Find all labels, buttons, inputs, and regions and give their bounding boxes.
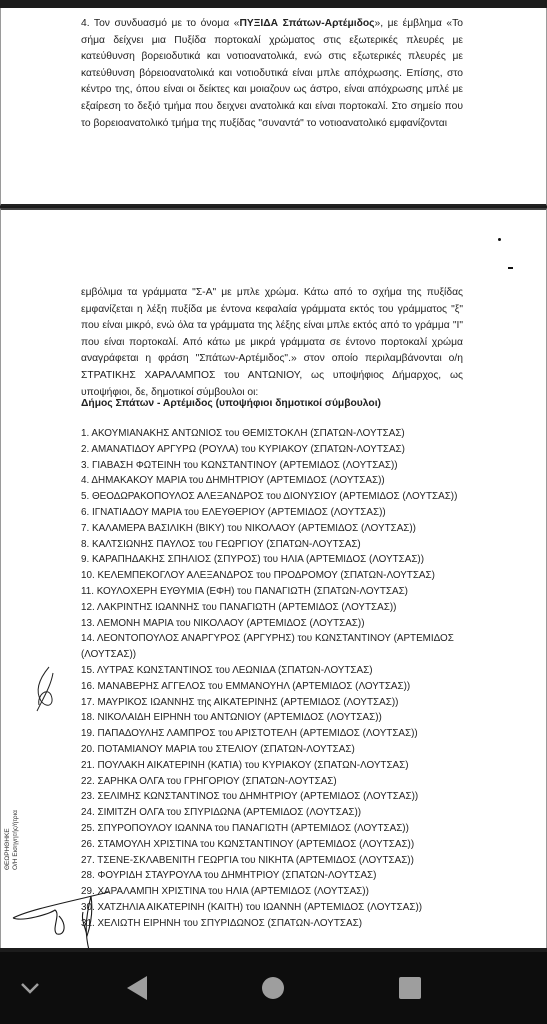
candidate-item: 10. ΚΕΛΕΜΠΕΚΟΓΛΟΥ ΑΛΕΞΑΝΔΡΟΣ του ΠΡΟΔΡΟΜ… xyxy=(81,568,471,584)
candidate-item: 15. ΛΥΤΡΑΣ ΚΩΝΣΤΑΝΤΙΝΟΣ του ΛΕΩΝΙΔΑ (ΣΠΑ… xyxy=(81,663,471,679)
candidate-list: 1. ΑΚΟΥΜΙΑΝΑΚΗΣ ΑΝΤΩΝΙΟΣ του ΘΕΜΙΣΤΟΚΛΗ … xyxy=(81,426,471,932)
candidate-item: 25. ΣΠΥΡΟΠΟΥΛΟΥ ΙΩΑΝΝΑ του ΠΑΝΑΓΙΩΤΗ (ΑΡ… xyxy=(81,821,471,837)
paragraph-rest: », με έμβλημα «Το σήμα δείχνει μια Πυξίδ… xyxy=(81,18,463,129)
candidate-item: 1. ΑΚΟΥΜΙΑΝΑΚΗΣ ΑΝΤΩΝΙΟΣ του ΘΕΜΙΣΤΟΚΛΗ … xyxy=(81,426,471,442)
recent-apps-button[interactable] xyxy=(385,952,435,1024)
candidate-item: 29. ΧΑΡΑΛΑΜΠΗ ΧΡΙΣΤΙΝΑ του ΗΛΙΑ (ΑΡΤΕΜΙΔ… xyxy=(81,884,471,900)
margin-dot xyxy=(498,238,501,241)
candidate-item: 26. ΣΤΑΜΟΥΛΗ ΧΡΙΣΤΙΝΑ του ΚΩΝΣΤΑΝΤΙΝΟΥ (… xyxy=(81,837,471,853)
candidate-item: 2. ΑΜΑΝΑΤΙΔΟΥ ΑΡΓΥΡΩ (ΡΟΥΛΑ) του ΚΥΡΙΑΚΟ… xyxy=(81,442,471,458)
candidate-item: 17. ΜΑΥΡΙΚΟΣ ΙΩΑΝΝΗΣ της ΑΙΚΑΤΕΡΙΝΗΣ (ΑΡ… xyxy=(81,695,471,711)
section-title: Δήμος Σπάτων - Αρτέμιδος (υποψήφιοι δημο… xyxy=(81,398,381,409)
candidate-item: 27. ΤΣΕΝΕ-ΣΚΛΑΒΕΝΙΤΗ ΓΕΩΡΓΙΑ του ΝΙΚΗΤΑ … xyxy=(81,853,471,869)
signature-mark-small xyxy=(31,665,61,713)
candidate-item: 4. ΔΗΜΑΚΑΚΟΥ ΜΑΡΙΑ του ΔΗΜΗΤΡΙΟΥ (ΑΡΤΕΜΙ… xyxy=(81,473,471,489)
candidate-item: 16. ΜΑΝΑΒΕΡΗΣ ΑΓΓΕΛΟΣ του ΕΜΜΑΝΟΥΗΛ (ΑΡΤ… xyxy=(81,679,471,695)
candidate-item: 23. ΣΕΛΙΜΗΣ ΚΩΝΣΤΑΝΤΙΝΟΣ του ΔΗΜΗΤΡΙΟΥ (… xyxy=(81,789,471,805)
candidate-item: 11. ΚΟΥΛΟΧΕΡΗ ΕΥΘΥΜΙΑ (ΕΦΗ) του ΠΑΝΑΓΙΩΤ… xyxy=(81,584,471,600)
candidate-item: 8. ΚΑΛΤΣΙΩΝΗΣ ΠΑΥΛΟΣ του ΓΕΩΡΓΙΟΥ (ΣΠΑΤΩ… xyxy=(81,537,471,553)
candidate-item: 20. ΠΟΤΑΜΙΑΝΟΥ ΜΑΡΙΑ του ΣΤΕΛΙΟΥ (ΣΠΑΤΩΝ… xyxy=(81,742,471,758)
back-button[interactable] xyxy=(112,952,162,1024)
candidate-item: 30. ΧΑΤΖΗΛΙΑ ΑΙΚΑΤΕΡΙΝΗ (ΚΑΙΤΗ) του ΙΩΑΝ… xyxy=(81,900,471,916)
paragraph-lead: 4. Τον συνδυασμό με το όνομα « xyxy=(81,18,239,29)
candidate-item: 7. ΚΑΛΑΜΕΡΑ ΒΑΣΙΛΙΚΗ (ΒΙΚΥ) του ΝΙΚΟΛΑΟΥ… xyxy=(81,521,471,537)
candidate-item: 28. ΦΟΥΡΙΔΗ ΣΤΑΥΡΟΥΛΑ του ΔΗΜΗΤΡΙΟΥ (ΣΠΑ… xyxy=(81,868,471,884)
stamp-line-1: ΘΕΩΡΗΘΗΚΕ xyxy=(4,800,12,870)
stamp-line-2: Ο/Η Εισηγητής/ήτρια xyxy=(12,800,20,870)
candidate-item: 24. ΣΙΜΙΤΖΗ ΟΛΓΑ του ΣΠΥΡΙΔΩΝΑ (ΑΡΤΕΜΙΔΟ… xyxy=(81,805,471,821)
home-circle-icon xyxy=(261,976,285,1000)
candidate-item: 9. ΚΑΡΑΠΗΔΑΚΗΣ ΣΠΗΛΙΟΣ (ΣΠΥΡΟΣ) του ΗΛΙΑ… xyxy=(81,552,471,568)
candidate-item: 13. ΛΕΜΟΝΗ ΜΑΡΙΑ του ΝΙΚΟΛΑΟΥ (ΑΡΤΕΜΙΔΟΣ… xyxy=(81,616,471,632)
candidate-item: 18. ΝΙΚΟΛΑΙΔΗ ΕΙΡΗΝΗ του ΑΝΤΩΝΙΟΥ (ΑΡΤΕΜ… xyxy=(81,710,471,726)
emblem-description: εμβόλιμα τα γράμματα "Σ-Α" με μπλε χρώμα… xyxy=(81,285,463,401)
margin-dash xyxy=(508,267,513,269)
candidate-item: 21. ΠΟΥΛΑΚΗ ΑΙΚΑΤΕΡΙΝΗ (ΚΑΤΙΑ) του ΚΥΡΙΑ… xyxy=(81,758,471,774)
paragraph-item-4: 4. Τον συνδυασμό με το όνομα «ΠΥΞΙΔΑ Σπά… xyxy=(81,16,463,132)
candidate-item: 22. ΣΑΡΗΚΑ ΟΛΓΑ του ΓΡΗΓΟΡΙΟΥ (ΣΠΑΤΩΝ-ΛΟ… xyxy=(81,774,471,790)
review-stamp: ΘΕΩΡΗΘΗΚΕ Ο/Η Εισηγητής/ήτρια xyxy=(4,800,20,870)
candidate-item: 5. ΘΕΟΔΩΡΑΚΟΠΟΥΛΟΣ ΑΛΕΞΑΝΔΡΟΣ του ΔΙΟΝΥΣ… xyxy=(81,489,471,505)
combination-name: ΠΥΞΙΔΑ Σπάτων-Αρτέμιδος xyxy=(239,18,374,29)
candidate-item: 31. ΧΕΛΙΩΤΗ ΕΙΡΗΝΗ του ΣΠΥΡΙΔΩΝΟΣ (ΣΠΑΤΩ… xyxy=(81,916,471,932)
candidate-item: 19. ΠΑΠΑΔΟΥΛΗΣ ΛΑΜΠΡΟΣ του ΑΡΙΣΤΟΤΕΛΗ (Α… xyxy=(81,726,471,742)
candidate-item: 6. ΙΓΝΑΤΙΑΔΟΥ ΜΑΡΙΑ του ΕΛΕΥΘΕΡΙΟΥ (ΑΡΤΕ… xyxy=(81,505,471,521)
candidate-item: 12. ΛΑΚΡΙΝΤΗΣ ΙΩΑΝΝΗΣ του ΠΑΝΑΓΙΩΤΗ (ΑΡΤ… xyxy=(81,600,471,616)
candidate-item: 3. ΓΙΑΒΑΣΗ ΦΩΤΕΙΝΗ του ΚΩΝΣΤΑΝΤΙΝΟΥ (ΑΡΤ… xyxy=(81,458,471,474)
document-page-top: 4. Τον συνδυασμό με το όνομα «ΠΥΞΙΔΑ Σπά… xyxy=(0,8,547,206)
document-page-bottom: εμβόλιμα τα γράμματα "Σ-Α" με μπλε χρώμα… xyxy=(0,208,547,948)
recent-square-icon xyxy=(398,976,422,1000)
back-triangle-icon xyxy=(125,975,149,1001)
signature xyxy=(9,890,119,950)
chevron-down-icon xyxy=(19,981,41,995)
collapse-button[interactable] xyxy=(10,952,50,1024)
home-button[interactable] xyxy=(248,952,298,1024)
candidate-item: 14. ΛΕΟΝΤΟΠΟΥΛΟΣ ΑΝΑΡΓΥΡΟΣ (ΑΡΓΥΡΗΣ) του… xyxy=(81,631,471,663)
android-nav-bar xyxy=(0,952,547,1024)
